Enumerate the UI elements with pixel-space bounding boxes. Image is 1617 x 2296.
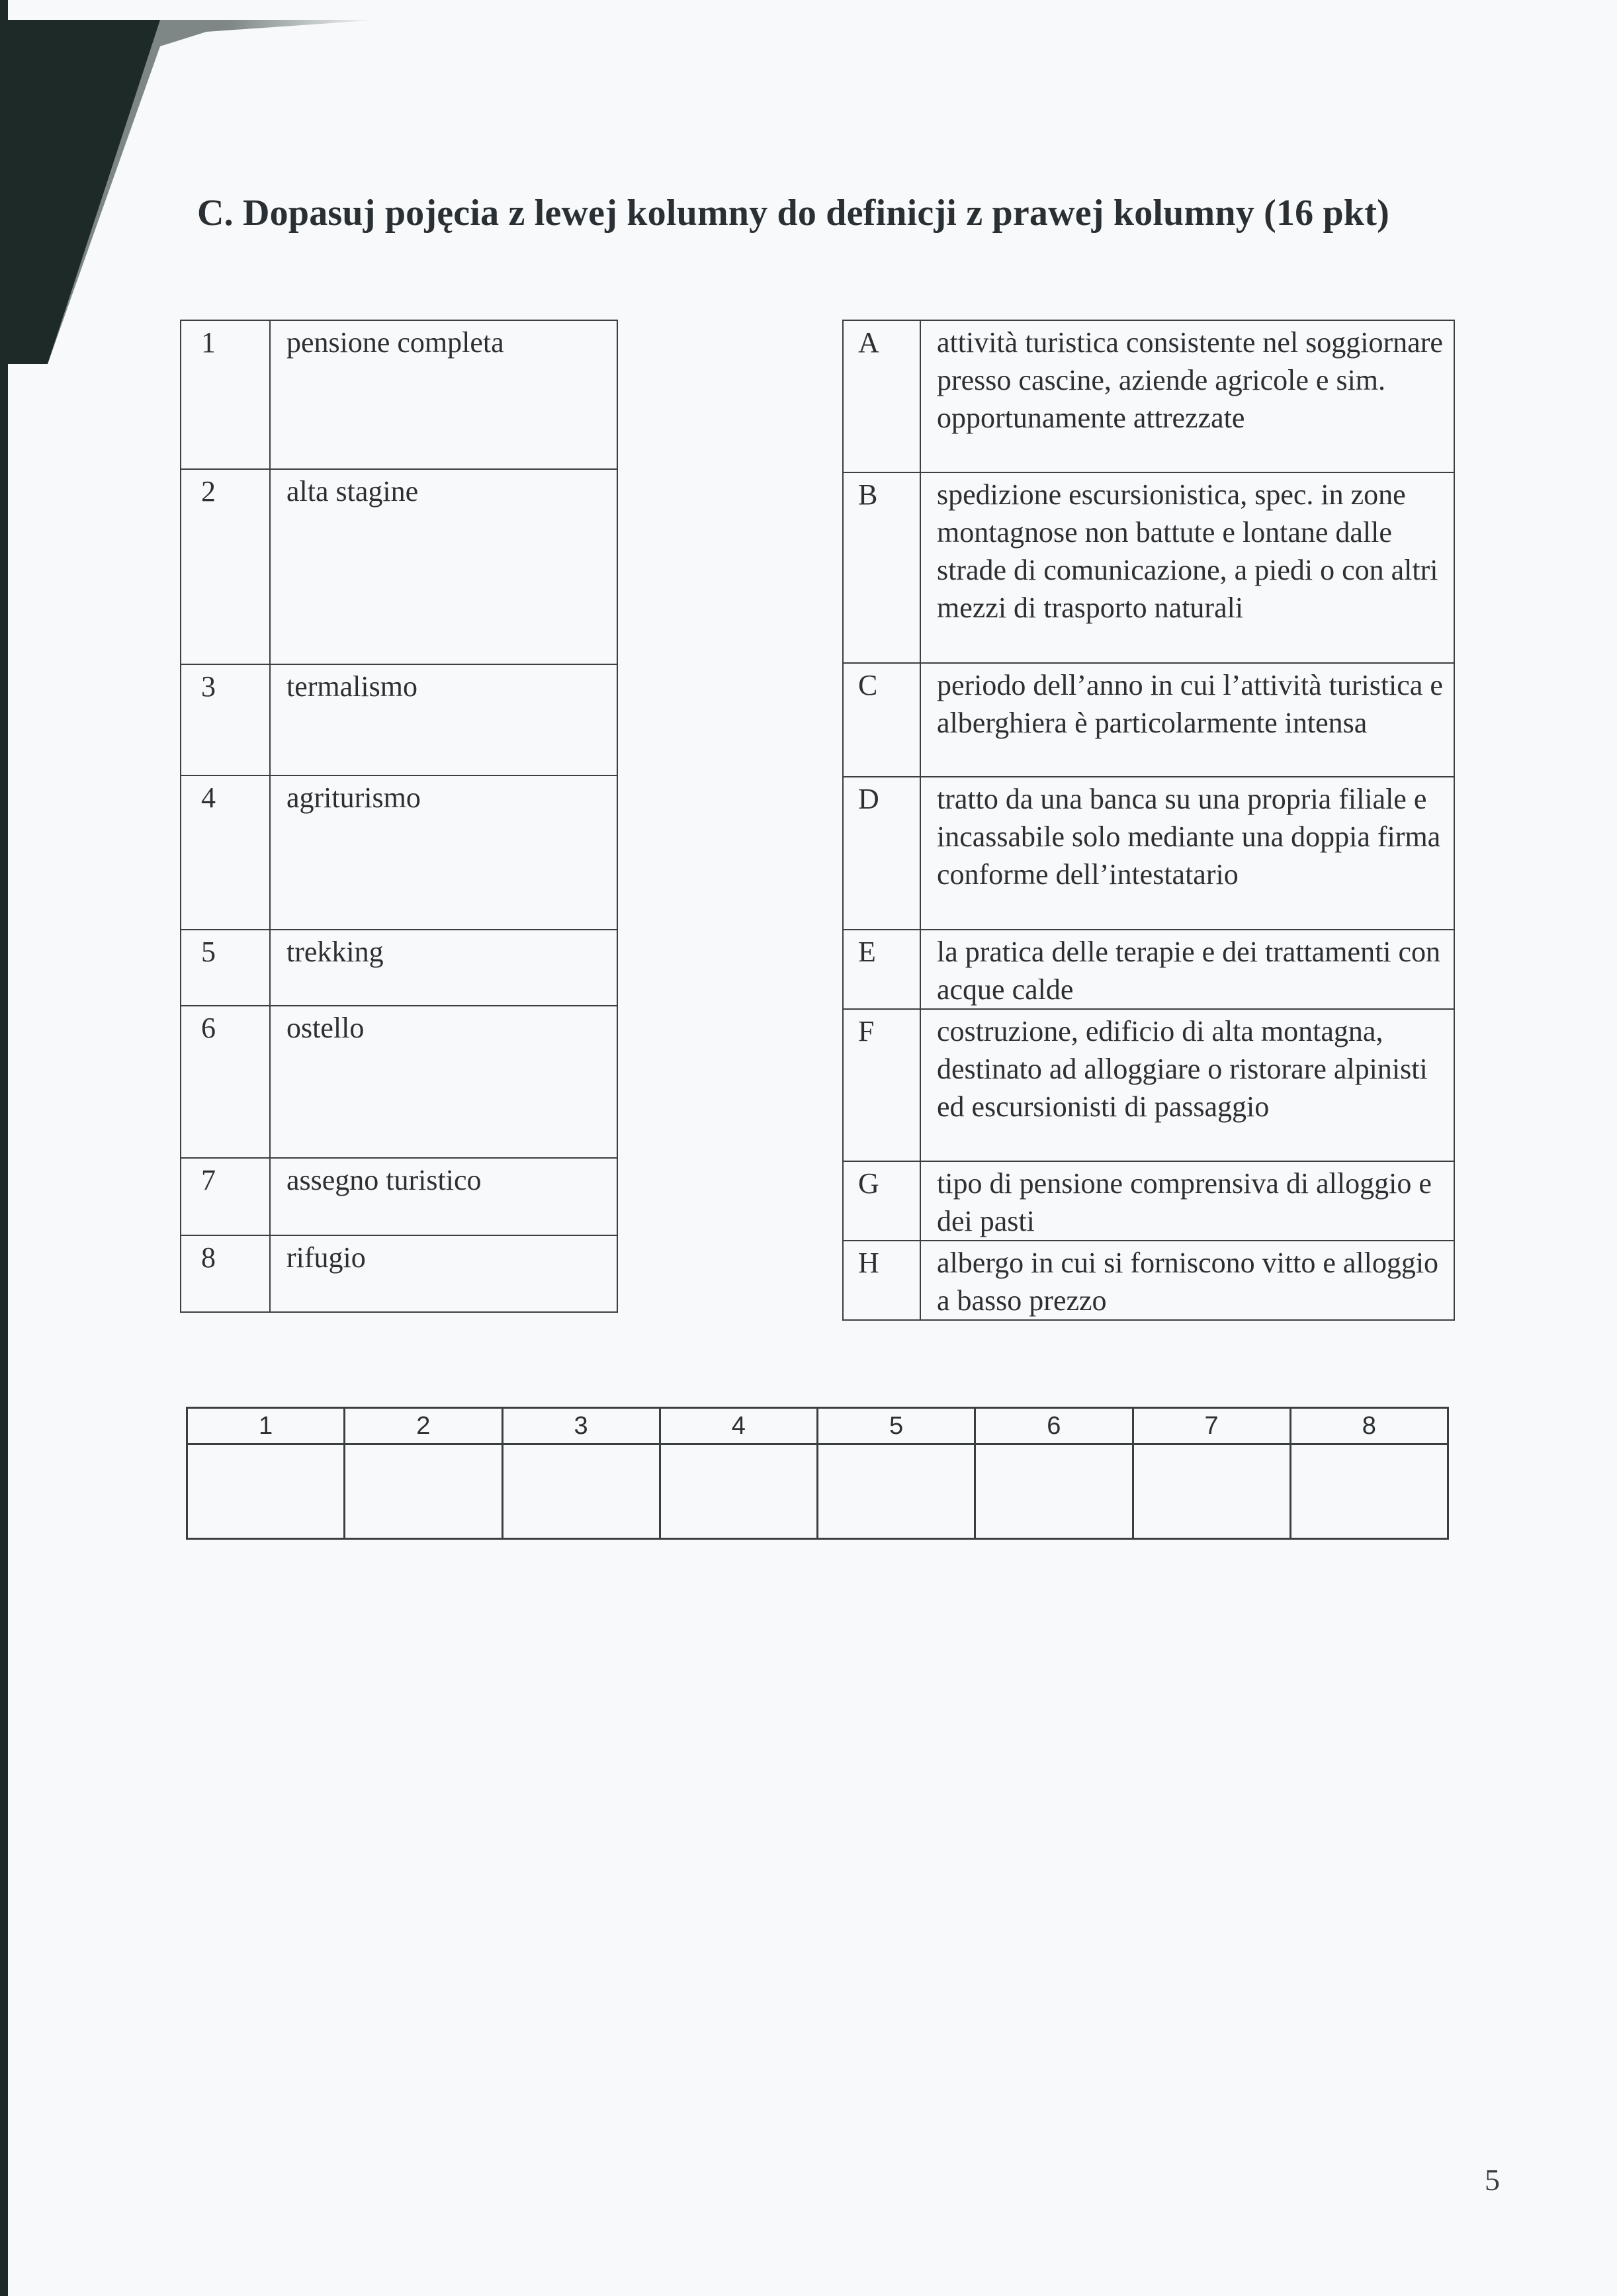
term-number: 2 — [181, 469, 270, 664]
definition-letter: C — [843, 663, 920, 777]
definition-row: Gtipo di pensione comprensiva di alloggi… — [843, 1161, 1454, 1241]
answer-cell-4[interactable] — [660, 1444, 817, 1539]
term-text: ostello — [270, 1006, 617, 1158]
answer-header-3: 3 — [502, 1408, 660, 1444]
term-row: 1pensione completa — [181, 320, 617, 469]
definition-text: la pratica delle terapie e dei trattamen… — [920, 930, 1454, 1009]
term-number: 7 — [181, 1158, 270, 1235]
term-text: agriturismo — [270, 775, 617, 930]
exercise-title: C. Dopasuj pojęcia z lewej kolumny do de… — [197, 192, 1389, 234]
definition-letter: D — [843, 777, 920, 930]
answer-grid: 1 2 3 4 5 6 7 8 — [186, 1407, 1449, 1540]
definition-row: Bspedizione escursionistica, spec. in zo… — [843, 472, 1454, 663]
definition-letter: F — [843, 1009, 920, 1161]
term-row: 2alta stagine — [181, 469, 617, 664]
term-row: 7assegno turistico — [181, 1158, 617, 1235]
definition-letter: E — [843, 930, 920, 1009]
definition-text: albergo in cui si forniscono vitto e all… — [920, 1241, 1454, 1320]
definition-letter: B — [843, 472, 920, 663]
answer-header-6: 6 — [975, 1408, 1133, 1444]
answer-header-2: 2 — [345, 1408, 502, 1444]
term-text: rifugio — [270, 1235, 617, 1312]
definition-text: periodo dell’anno in cui l’attività turi… — [920, 663, 1454, 777]
answer-cell-1[interactable] — [187, 1444, 345, 1539]
page-number: 5 — [1485, 2162, 1500, 2197]
term-number: 8 — [181, 1235, 270, 1312]
answer-cell-5[interactable] — [818, 1444, 975, 1539]
answer-grid-header: 1 2 3 4 5 6 7 8 — [187, 1408, 1448, 1444]
answer-cell-7[interactable] — [1133, 1444, 1290, 1539]
answer-grid-cells — [187, 1444, 1448, 1539]
definition-text: attività turistica consistente nel soggi… — [920, 320, 1454, 472]
term-text: alta stagine — [270, 469, 617, 664]
term-row: 8rifugio — [181, 1235, 617, 1312]
definition-text: spedizione escursionistica, spec. in zon… — [920, 472, 1454, 663]
answer-header-8: 8 — [1290, 1408, 1448, 1444]
definition-row: Cperiodo dell’anno in cui l’attività tur… — [843, 663, 1454, 777]
definition-row: Dtratto da una banca su una propria fili… — [843, 777, 1454, 930]
term-text: trekking — [270, 930, 617, 1006]
term-number: 3 — [181, 664, 270, 775]
definition-row: Aattività turistica consistente nel sogg… — [843, 320, 1454, 472]
terms-table: 1pensione completa 2alta stagine 3termal… — [180, 320, 618, 1313]
term-row: 3termalismo — [181, 664, 617, 775]
term-row: 6ostello — [181, 1006, 617, 1158]
answer-cell-3[interactable] — [502, 1444, 660, 1539]
term-number: 5 — [181, 930, 270, 1006]
scan-edge — [0, 0, 8, 2296]
term-text: termalismo — [270, 664, 617, 775]
answer-header-5: 5 — [818, 1408, 975, 1444]
definition-text: tipo di pensione comprensiva di alloggio… — [920, 1161, 1454, 1241]
definition-row: Fcostruzione, edificio di alta montagna,… — [843, 1009, 1454, 1161]
term-number: 4 — [181, 775, 270, 930]
term-number: 6 — [181, 1006, 270, 1158]
answer-cell-6[interactable] — [975, 1444, 1133, 1539]
answer-header-1: 1 — [187, 1408, 345, 1444]
term-text: assegno turistico — [270, 1158, 617, 1235]
answer-cell-2[interactable] — [345, 1444, 502, 1539]
term-number: 1 — [181, 320, 270, 469]
term-text: pensione completa — [270, 320, 617, 469]
term-row: 4agriturismo — [181, 775, 617, 930]
term-row: 5trekking — [181, 930, 617, 1006]
answer-header-4: 4 — [660, 1408, 817, 1444]
definitions-table: Aattività turistica consistente nel sogg… — [842, 320, 1455, 1321]
definition-row: Ela pratica delle terapie e dei trattame… — [843, 930, 1454, 1009]
definition-letter: H — [843, 1241, 920, 1320]
definition-text: costruzione, edificio di alta montagna, … — [920, 1009, 1454, 1161]
definition-row: Halbergo in cui si forniscono vitto e al… — [843, 1241, 1454, 1320]
definition-text: tratto da una banca su una propria filia… — [920, 777, 1454, 930]
answer-header-7: 7 — [1133, 1408, 1290, 1444]
definition-letter: A — [843, 320, 920, 472]
definition-letter: G — [843, 1161, 920, 1241]
answer-cell-8[interactable] — [1290, 1444, 1448, 1539]
